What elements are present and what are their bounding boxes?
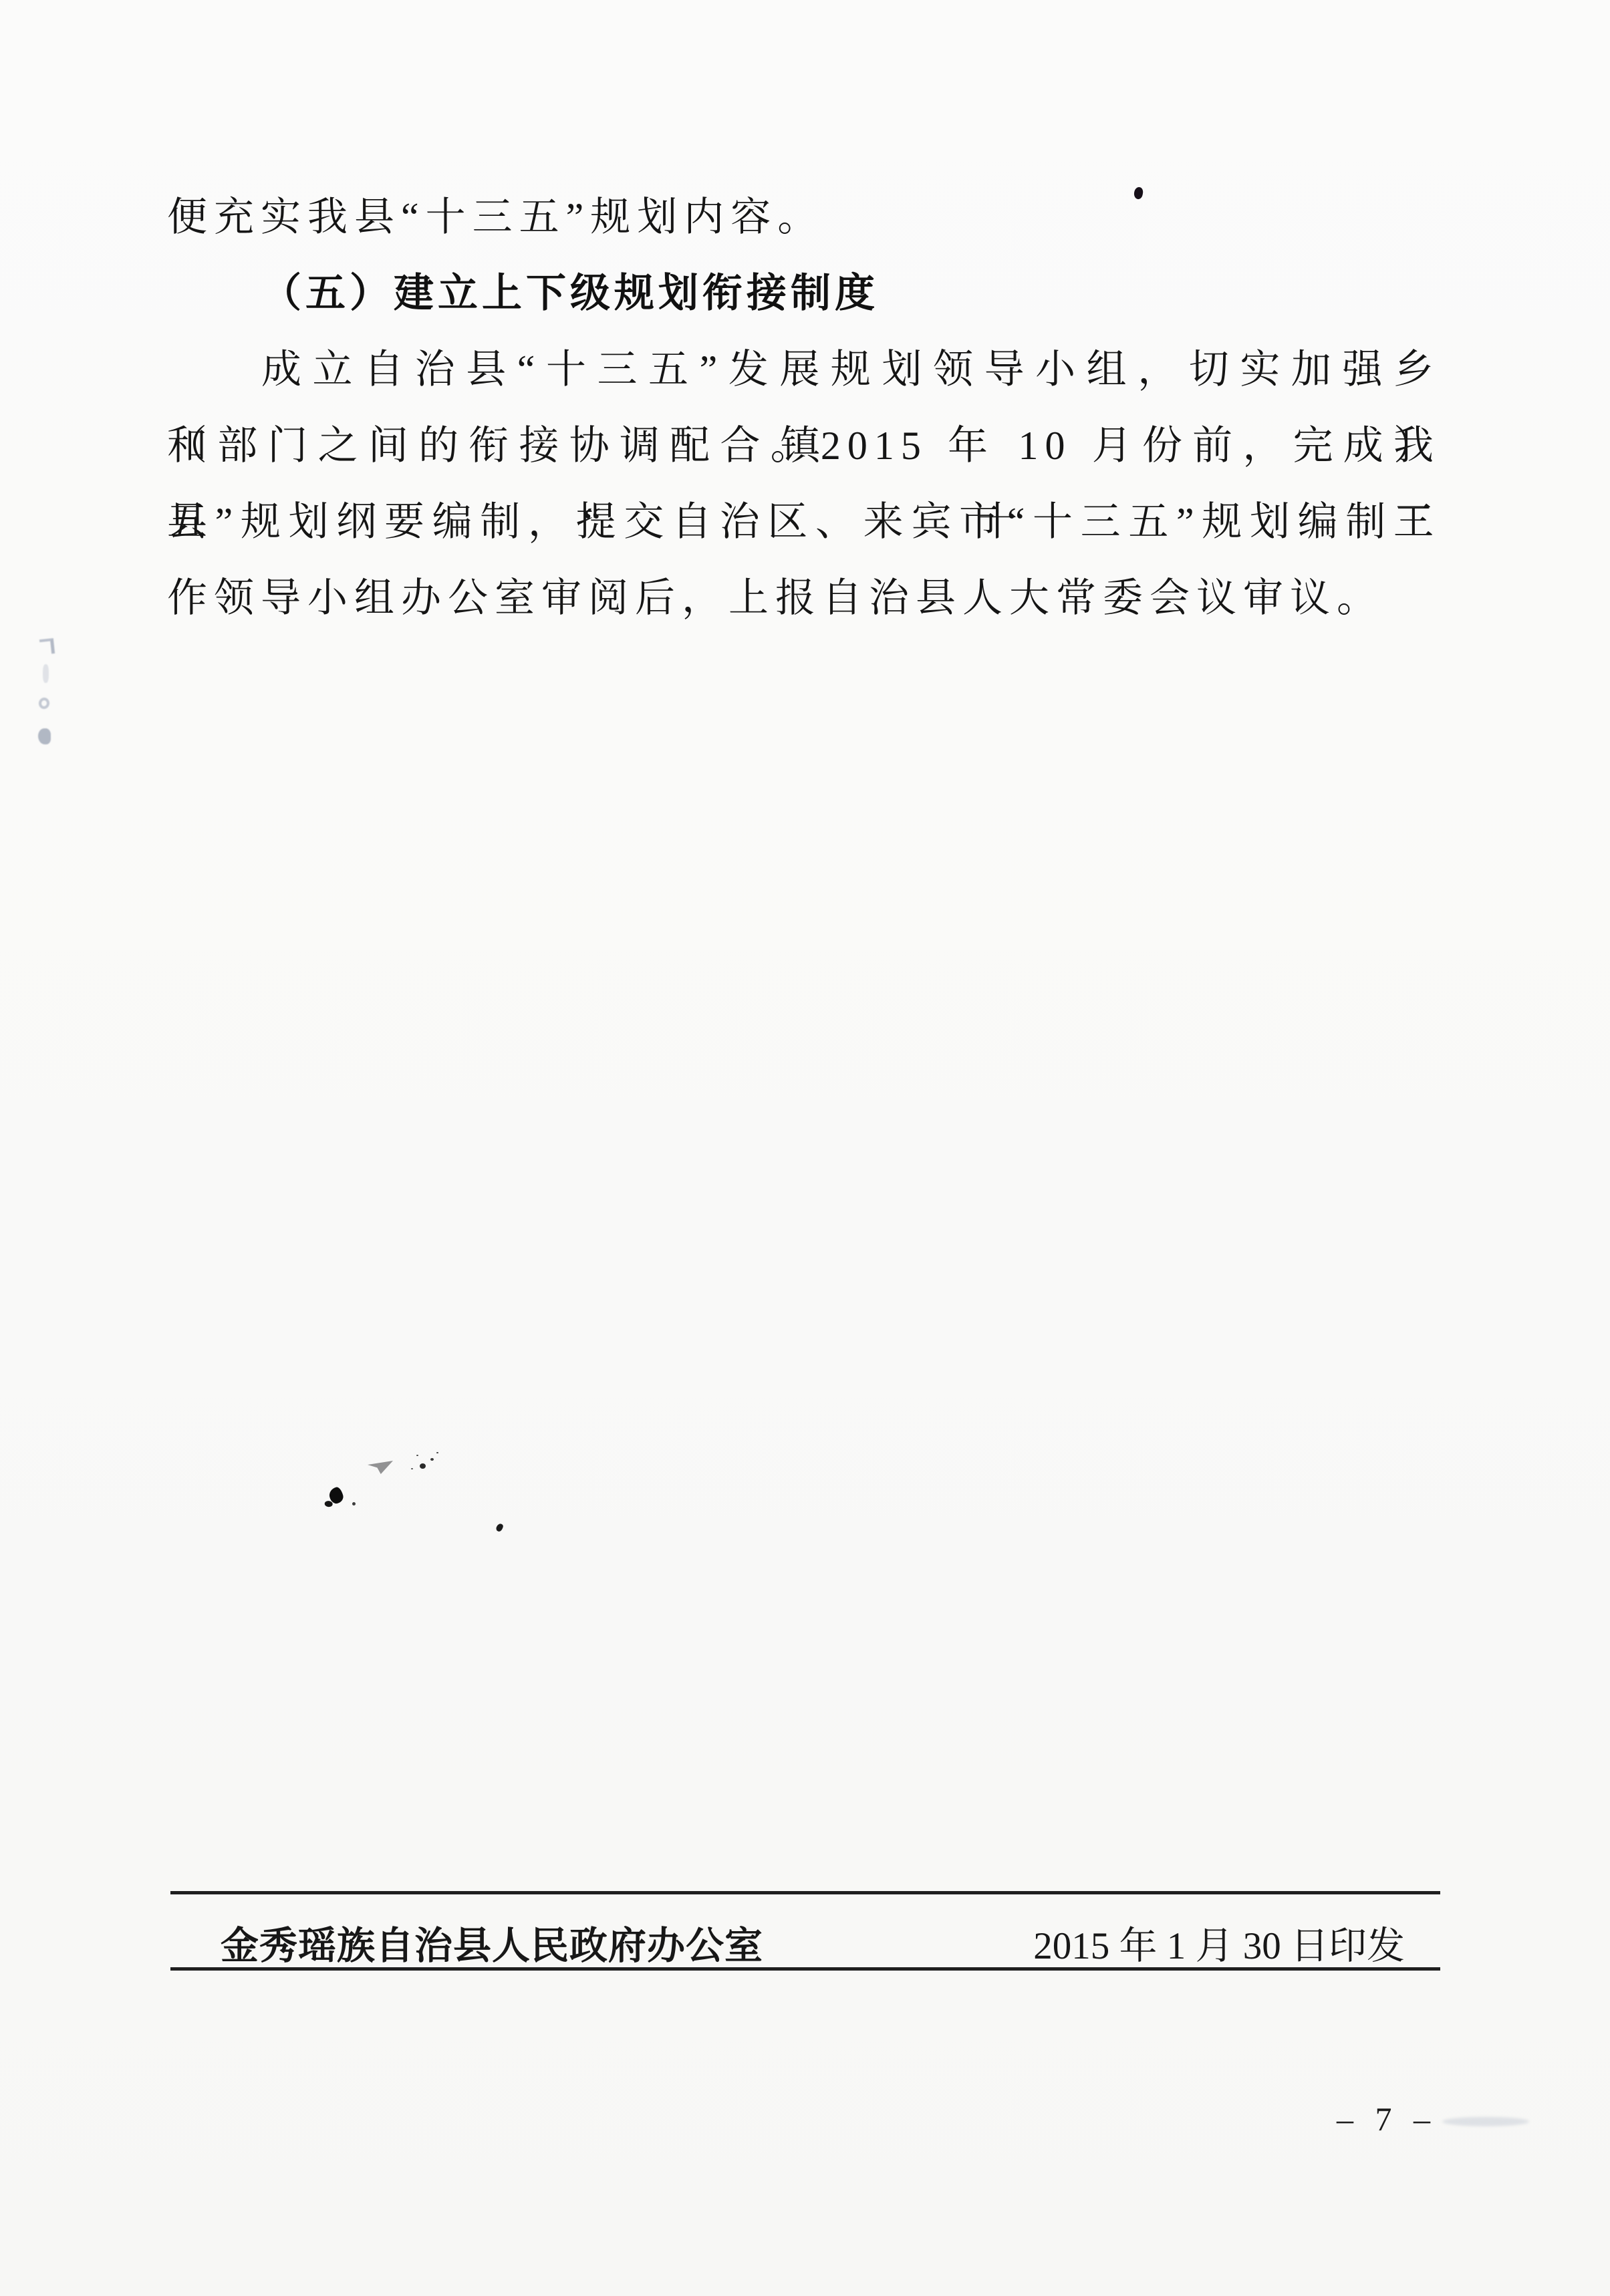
margin-smudge	[38, 697, 51, 710]
ink-speck	[495, 1523, 504, 1533]
paragraph-line: 成立自治县“十三五”发展规划领导小组，切实加强乡（镇）	[167, 331, 1440, 408]
issuing-office: 金秀瑶族自治县人民政府办公室	[221, 1926, 763, 1967]
margin-smudge	[38, 728, 51, 744]
margin-smudge	[39, 638, 55, 655]
paragraph-line: 和部门之间的衔接协调配合。2015 年 10 月份前，完成我县“十三	[167, 408, 1440, 484]
document-body: 便充实我县“十三五”规划内容。 （五）建立上下级规划衔接制度 成立自治县“十三五…	[167, 179, 1440, 636]
paragraph-line: 作领导小组办公室审阅后，上报自治县人大常委会议审议。	[167, 560, 1440, 636]
colophon-rule-bottom	[170, 1967, 1440, 1971]
scan-smudge	[1442, 2117, 1529, 2126]
ink-speck	[352, 1502, 356, 1505]
ink-blot	[327, 1486, 344, 1505]
ink-dot-cluster	[420, 1463, 426, 1469]
scanned-document-page: 便充实我县“十三五”规划内容。 （五）建立上下级规划衔接制度 成立自治县“十三五…	[0, 0, 1610, 2296]
colophon-row: 金秀瑶族自治县人民政府办公室 2015 年 1 月 30 日印发	[170, 1924, 1440, 1967]
margin-smudge	[43, 664, 49, 683]
section-heading: （五）建立上下级规划衔接制度	[167, 255, 1440, 331]
paragraph-line: 五”规划纲要编制，提交自治区、来宾市“十三五”规划编制工	[167, 484, 1440, 560]
ink-streak	[368, 1461, 393, 1474]
page-number: – 7 –	[1330, 2100, 1444, 2138]
print-date: 2015 年 1 月 30 日印发	[1033, 1926, 1405, 1967]
paragraph-line: 便充实我县“十三五”规划内容。	[167, 179, 1440, 255]
colophon-rule-top	[170, 1891, 1440, 1894]
